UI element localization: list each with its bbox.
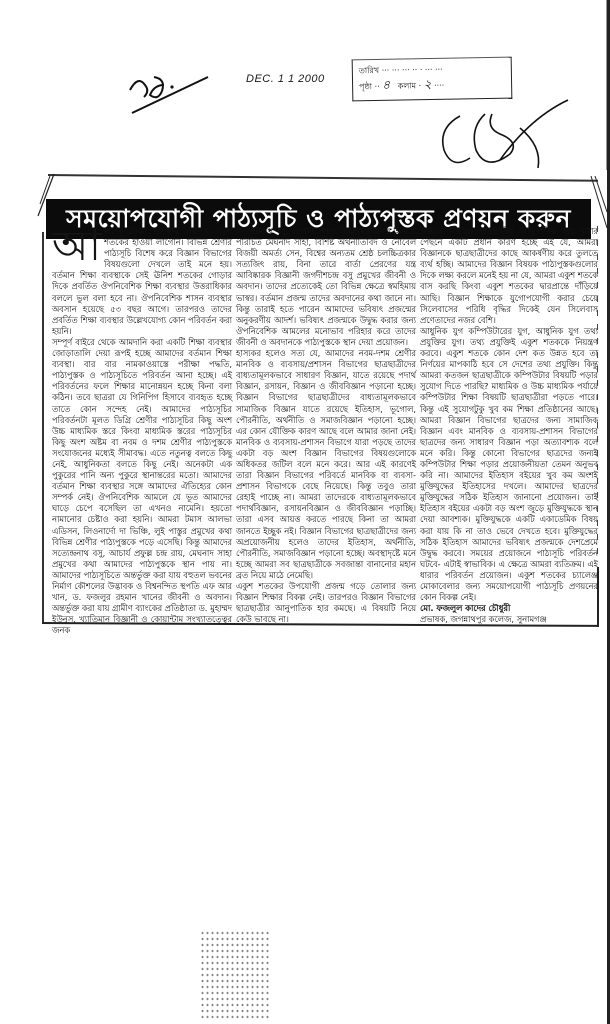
paragraph: একুশ শতকের উপযোগী প্রজন্ম গড়ে তোলার জন্… [236, 581, 416, 625]
paragraph: সম্পূর্ণ বাইরে থেকে আমদানি করা একটি শিক্… [52, 337, 232, 637]
article-column-3: বিজ্ঞান বিভাগে ছাত্রছাত্রীর আনুপাতিক হার… [420, 226, 598, 625]
clipping-left-edge [42, 232, 44, 622]
stamp-column-value: ২ [424, 77, 432, 91]
newspaper-clipping: সময়োপযোগী পাঠ্যসূচি ও পাঠ্যপুস্তক প্রণয… [36, 172, 601, 630]
stamp-page-row: পৃষ্ঠা ·· ৪ কলাম · ২ ···· [359, 76, 505, 95]
stamp-date-label: তারিখ [359, 66, 379, 75]
column-rule [597, 226, 598, 556]
stamp-date-value: ··· ··· ··· ·· · ··· ··· [382, 65, 443, 75]
paragraph: আধুনিক যুগ কম্পিউটারের যুগ, আধুনিক যুগ ত… [420, 326, 598, 603]
paragraph: সত্যেন্দ্রনাথ বসু, জ্যোতি পদার্থ বিজ্ঞান… [236, 226, 416, 348]
cut-mark-right [589, 172, 609, 232]
author-name: মো. ফজলুল কাদের চৌধুরী [420, 603, 598, 614]
stamp-page-value: ৪ [382, 78, 390, 92]
clipping-top-edge [48, 174, 598, 182]
stamp-page-label: পৃষ্ঠা [359, 82, 372, 91]
drop-cap: আ [52, 226, 101, 266]
scan-noise [200, 930, 270, 1020]
paragraph: বিজ্ঞান বিভাগে ছাত্রছাত্রীর আনুপাতিক হার… [420, 226, 598, 326]
article-column-1: আ মাদের শিক্ষা ব্যবস্থায় এখনও একুশ শতকে… [52, 226, 232, 636]
handwritten-number [430, 98, 570, 173]
scan-right-border-faint [606, 0, 607, 170]
article-column-2: সত্যেন্দ্রনাথ বসু, জ্যোতি পদার্থ বিজ্ঞান… [236, 226, 416, 625]
paragraph: হাস্যকর হলেও সত্য যে, আমাদের নবম-দশম শ্র… [236, 348, 416, 581]
stamp-column-label: কলাম [398, 81, 416, 90]
rubber-stamp: তারিখ ··· ··· ··· ·· · ··· ··· পৃষ্ঠা ··… [352, 57, 513, 102]
date-stamp: DEC. 1 1 2000 [246, 73, 325, 85]
clipping-right-edge [597, 567, 599, 627]
handwritten-mark [120, 55, 220, 115]
